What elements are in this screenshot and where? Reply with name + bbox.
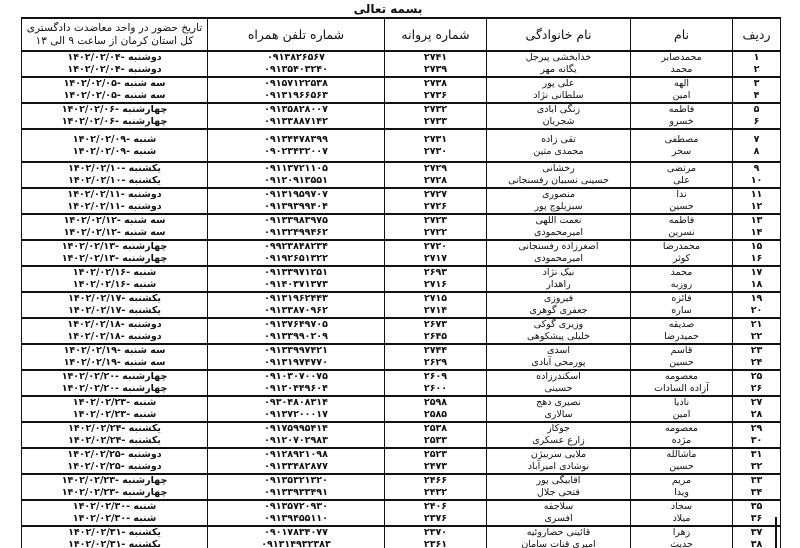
rank-text: ۳۸ (733, 539, 780, 548)
license-cell: ۲۷۲۷۲۷۲۶ (385, 188, 487, 214)
rank-cell: ۲۱۲۲ (733, 318, 781, 344)
date-cell: یکشنبه -۱۴۰۲/۰۲/۱۷یکشنبه -۱۴۰۲/۰۲/۱۷ (22, 292, 208, 318)
date-text: سه شنبه -۱۴۰۲/۰۲/۱۲ (22, 215, 207, 227)
first-name-text: محمد (631, 64, 732, 76)
page-border-line (775, 517, 777, 548)
date-cell: چهارشنبه -۱۴۰۲/۰۲/۲۳چهارشنبه -۱۴۰۲/۰۲/۲۳ (22, 474, 208, 500)
rank-text: ۳ (733, 78, 780, 90)
date-cell: یکشنبه -۱۴۰۲/۰۲/۳۱یکشنبه -۱۴۰۲/۰۲/۳۱ (22, 526, 208, 548)
phone-cell: ۰۹۱۳۴۴۷۸۳۹۹۰۹۰۲۳۴۳۲۰۰۷ (208, 129, 385, 162)
phone-text: ۰۹۰۱۷۸۳۴۰۷۷ (208, 527, 384, 539)
phone-text: ۰۹۱۱۳۷۲۱۱۰۵ (208, 163, 384, 175)
rank-cell: ۱۳۱۴ (733, 214, 781, 240)
date-cell: دوشنبه -۱۴۰۲/۰۲/۰۴دوشنبه -۱۴۰۲/۰۲/۰۴ (22, 51, 208, 77)
rank-text: ۳۵ (733, 501, 780, 513)
first-name-text: ساره (631, 305, 732, 317)
rank-cell: ۲۹۳۰ (733, 422, 781, 448)
rank-cell: ۲۳۲۴ (733, 344, 781, 370)
phone-cell: ۰۹۱۳۷۶۴۹۷۰۵۰۹۱۳۳۹۹۰۲۰۹ (208, 318, 385, 344)
first-name-cell: مریمویدا (631, 474, 733, 500)
first-name-text: معصومه (631, 371, 732, 383)
phone-cell: ۰۹۱۳۳۹۸۳۹۷۵۰۹۱۳۲۴۹۹۴۶۲ (208, 214, 385, 240)
phone-text: ۰۹۱۳۱۹۵۹۷۰۷ (208, 189, 384, 201)
phone-cell: ۰۹۹۲۳۸۴۸۲۳۴۰۹۱۹۲۶۵۱۳۲۲ (208, 240, 385, 266)
license-text: ۲۴۰۶ (385, 501, 486, 513)
license-text: ۲۷۱۶ (385, 279, 486, 291)
last-name-cell: جوکارزارع عسکری (487, 422, 631, 448)
last-name-text: محمدی متین (487, 146, 630, 158)
last-name-text: قائینی حصاروئیه (487, 527, 630, 539)
first-name-text: آزاده السادات (631, 383, 732, 395)
first-name-text: مرتضی (631, 163, 732, 175)
license-cell: ۲۷۲۳۲۷۲۲ (385, 214, 487, 240)
date-cell: یکشنبه -۱۴۰۲/۰۲/۱۰یکشنبه -۱۴۰۲/۰۲/۱۰ (22, 162, 208, 188)
rank-text: ۳۳ (733, 475, 780, 487)
phone-text: ۰۹۱۳۸۲۶۵۶۷ (208, 52, 384, 64)
first-name-text: فاطمه (631, 215, 732, 227)
rank-text: ۳۰ (733, 435, 780, 447)
license-text: ۲۷۴۴ (385, 345, 486, 357)
phone-text: ۰۹۱۳۳۸۷۰۹۶۲ (208, 305, 384, 317)
rank-text: ۶ (733, 116, 780, 128)
date-text: یکشنبه -۱۴۰۲/۰۲/۱۷ (22, 293, 207, 305)
last-name-cell: اصغرزاده رفسنجانیامیرمحمودی (487, 240, 631, 266)
phone-cell: ۰۹۱۳۵۸۲۸۰۰۷۰۹۱۳۳۸۸۷۱۴۲ (208, 103, 385, 129)
first-name-text: علی (631, 175, 732, 187)
header-last-name: نام خانوادگی (487, 18, 631, 51)
last-name-text: رخشانی (487, 163, 630, 175)
last-name-text: زنگی ابادی (487, 104, 630, 116)
first-name-text: مریم (631, 475, 732, 487)
first-name-text: فاطمه (631, 104, 732, 116)
first-name-cell: مرتضیعلی (631, 162, 733, 188)
license-text: ۲۳۷۶ (385, 513, 486, 525)
license-cell: ۲۶۰۹۲۶۰۰ (385, 370, 487, 396)
phone-text: ۰۹۱۵۷۱۲۲۵۳۸ (208, 78, 384, 90)
table-row-pair: ۱۳۱۴فاطمهنسریننعمت اللهیامیرمحمودی۲۷۲۳۲۷… (22, 214, 781, 240)
last-name-text: اسدی (487, 345, 630, 357)
last-name-text: سبزیلوچ پور (487, 201, 630, 213)
phone-text: ۰۹۱۹۲۶۵۱۳۲۲ (208, 253, 384, 265)
license-cell: ۲۷۴۱۲۷۳۹ (385, 51, 487, 77)
license-text: ۲۷۳۸ (385, 78, 486, 90)
first-name-cell: زهراحدیث (631, 526, 733, 548)
license-cell: ۲۶۹۳۲۷۱۶ (385, 266, 487, 292)
phone-cell: ۰۹۱۳۱۹۶۲۴۴۳۰۹۱۳۳۸۷۰۹۶۲ (208, 292, 385, 318)
license-text: ۲۵۹۸ (385, 397, 486, 409)
phone-text: ۰۹۱۳۵۸۲۸۰۰۷ (208, 104, 384, 116)
first-name-text: محمد (631, 267, 732, 279)
last-name-text: پورمحی آبادی (487, 357, 630, 369)
last-name-text: نصیری دهج (487, 397, 630, 409)
last-name-cell: وزیری گوکیخلیلی پیشکوهی (487, 318, 631, 344)
first-name-text: معصومه (631, 423, 732, 435)
date-text: سه شنبه -۱۴۰۲/۰۲/۰۵ (22, 90, 207, 102)
phone-text: ۰۹۱۳۷۶۴۹۷۰۵ (208, 319, 384, 331)
license-text: ۲۷۱۵ (385, 293, 486, 305)
rank-cell: ۳۱۳۲ (733, 448, 781, 474)
table-row-pair: ۱۹۲۰فائزهسارهفیروزیجعفری گوهری۲۷۱۵۲۷۱۴۰۹… (22, 292, 781, 318)
date-text: یکشنبه -۱۴۰۲/۰۲/۳۱ (22, 539, 207, 548)
rank-text: ۵ (733, 104, 780, 116)
license-text: ۲۷۲۷ (385, 189, 486, 201)
rank-cell: ۱۷۱۸ (733, 266, 781, 292)
last-name-text: اسکندرزاده (487, 371, 630, 383)
first-name-text: محمدرضا (631, 241, 732, 253)
first-name-cell: محمدروزبه (631, 266, 733, 292)
first-name-cell: الههامین (631, 77, 733, 103)
license-text: ۲۴۳۲ (385, 487, 486, 499)
license-text: ۲۴۷۳ (385, 461, 486, 473)
phone-text: ۰۹۱۳۳۹۹۰۲۰۹ (208, 331, 384, 343)
date-text: دوشنبه -۱۴۰۲/۰۲/۲۵ (22, 461, 207, 473)
phone-text: ۰۹۱۰۳۰۷۰۰۷۵ (208, 371, 384, 383)
license-text: ۲۵۸۵ (385, 409, 486, 421)
last-name-cell: علی پورسلطانی نژاد (487, 77, 631, 103)
rank-text: ۱۹ (733, 293, 780, 305)
phone-text: ۰۹۱۳۷۲۰۰۰۱۷ (208, 409, 384, 421)
date-text: سه شنبه -۱۴۰۲/۰۲/۱۹ (22, 345, 207, 357)
license-text: ۲۷۳۲ (385, 104, 486, 116)
first-name-text: قاسم (631, 345, 732, 357)
date-text: شنبه -۱۴۰۲/۰۲/۳۰ (22, 513, 207, 525)
table-row-pair: ۱۷۱۸محمدروزبهنیک نژادراهدار۲۶۹۳۲۷۱۶۰۹۱۳۳… (22, 266, 781, 292)
license-cell: ۲۷۳۱۲۷۳۰ (385, 129, 487, 162)
phone-text: ۰۹۱۳۵۳۲۱۳۲۰ (208, 475, 384, 487)
first-name-cell: ماشاللهحسین (631, 448, 733, 474)
first-name-text: ماشالله (631, 449, 732, 461)
first-name-text: میلاد (631, 513, 732, 525)
rank-text: ۲۶ (733, 383, 780, 395)
first-name-text: روزبه (631, 279, 732, 291)
rank-text: ۱۶ (733, 253, 780, 265)
rank-text: ۲۰ (733, 305, 780, 317)
last-name-text: فیروزی (487, 293, 630, 305)
phone-text: ۰۹۱۳۵۷۲۰۹۳۰ (208, 501, 384, 513)
date-text: شنبه -۱۴۰۲/۰۲/۰۹ (22, 146, 207, 158)
last-name-text: فتحی جلال (487, 487, 630, 499)
last-name-text: اصغرزاده رفسنجانی (487, 241, 630, 253)
license-text: ۲۳۶۱ (385, 539, 486, 548)
header-phone: شماره تلفن همراه (208, 18, 385, 51)
phone-text: ۰۹۳۰۴۸۰۸۳۱۴ (208, 397, 384, 409)
date-text: دوشنبه -۱۴۰۲/۰۲/۰۴ (22, 64, 207, 76)
last-name-cell: سلاجقهافسری (487, 500, 631, 526)
first-name-cell: مصطفیسحر (631, 129, 733, 162)
page-title: بسمه تعالی (0, 2, 776, 16)
table-row-pair: ۹۱۰مرتضیعلیرخشانیحسینی نسبیان رفسنجانی۲۷… (22, 162, 781, 188)
date-text: چهارشنبه -۱۴۰۲/۰۲/۰۶ (22, 116, 207, 128)
phone-cell: ۰۹۱۷۵۹۹۵۴۱۴۰۹۱۲۰۷۰۲۹۸۳ (208, 422, 385, 448)
last-name-text: امیری قنات سامان (487, 539, 630, 548)
license-text: ۲۷۲۰ (385, 241, 486, 253)
date-cell: سه شنبه -۱۴۰۲/۰۲/۰۵سه شنبه -۱۴۰۲/۰۲/۰۵ (22, 77, 208, 103)
table-row-pair: ۲۷۲۸نادیاامیننصیری دهجسالاری۲۵۹۸۲۵۸۵۰۹۳۰… (22, 396, 781, 422)
date-cell: چهارشنبه -۱۴۰۲/۰۲/۱۳چهارشنبه -۱۴۰۲/۰۲/۱۳ (22, 240, 208, 266)
phone-text: ۰۹۱۳۱۹۷۴۷۷۰ (208, 357, 384, 369)
rank-text: ۱ (733, 52, 780, 64)
last-name-cell: نیک نژادراهدار (487, 266, 631, 292)
date-text: یکشنبه -۱۴۰۲/۰۲/۱۰ (22, 175, 207, 187)
rank-text: ۸ (733, 146, 780, 158)
date-text: شنبه -۱۴۰۲/۰۲/۲۳ (22, 397, 207, 409)
phone-text: ۰۹۱۳۹۳۹۹۴۰۴ (208, 201, 384, 213)
license-text: ۲۶۴۵ (385, 331, 486, 343)
rank-text: ۳۶ (733, 513, 780, 525)
phone-text: ۰۹۱۳۲۴۹۹۴۶۲ (208, 227, 384, 239)
last-name-cell: نصیری دهجسالاری (487, 396, 631, 422)
phone-cell: ۰۹۱۳۸۲۶۵۶۷۰۹۱۳۵۴۰۳۲۴۰ (208, 51, 385, 77)
last-name-text: حسینی (487, 383, 630, 395)
license-cell: ۲۵۳۸۲۵۳۳ (385, 422, 487, 448)
phone-text: ۰۹۱۲۰۹۱۳۵۵۱ (208, 175, 384, 187)
license-text: ۲۷۳۳ (385, 116, 486, 128)
last-name-text: خدابخشی پیرجل (487, 52, 630, 64)
date-text: سه شنبه -۱۴۰۲/۰۲/۰۵ (22, 78, 207, 90)
license-text: ۲۶۰۰ (385, 383, 486, 395)
rank-text: ۱۳ (733, 215, 780, 227)
license-text: ۲۵۲۳ (385, 449, 486, 461)
rank-text: ۲۴ (733, 357, 780, 369)
first-name-cell: نادیاامین (631, 396, 733, 422)
license-cell: ۲۷۱۵۲۷۱۴ (385, 292, 487, 318)
last-name-text: امیرمحمودی (487, 227, 630, 239)
rank-text: ۲۹ (733, 423, 780, 435)
first-name-text: سحر (631, 146, 732, 158)
header-date: تاریخ حضور در واحد معاضدت دادگستری کل اس… (22, 18, 208, 51)
first-name-text: مصطفی (631, 134, 732, 146)
date-text: چهارشنبه -۱۴۰۲/۰۲/۱۳ (22, 253, 207, 265)
license-text: ۲۷۴۱ (385, 52, 486, 64)
rank-cell: ۱۹۲۰ (733, 292, 781, 318)
rank-cell: ۲۷۲۸ (733, 396, 781, 422)
rank-cell: ۱۱۱۲ (733, 188, 781, 214)
last-name-text: نوشادی امیرآباد (487, 461, 630, 473)
phone-text: ۰۹۱۷۵۹۹۵۴۱۴ (208, 423, 384, 435)
rank-cell: ۲۵۲۶ (733, 370, 781, 396)
last-name-text: راهدار (487, 279, 630, 291)
first-name-cell: فاطمهنسرین (631, 214, 733, 240)
first-name-text: نسرین (631, 227, 732, 239)
rank-text: ۴ (733, 90, 780, 102)
last-name-cell: نعمت اللهیامیرمحمودی (487, 214, 631, 240)
license-text: ۲۷۳۰ (385, 146, 486, 158)
phone-cell: ۰۹۱۵۷۱۲۲۵۳۸۰۹۱۳۱۹۶۶۵۶۳ (208, 77, 385, 103)
table-row-pair: ۲۵۲۶معصومهآزاده الساداتاسکندرزادهحسینی۲۶… (22, 370, 781, 396)
date-cell: یکشنبه -۱۴۰۲/۰۲/۲۴یکشنبه -۱۴۰۲/۰۲/۲۴ (22, 422, 208, 448)
table-row-pair: ۲۱۲۲صدیقهحمیدرضاوزیری گوکیخلیلی پیشکوهی۲… (22, 318, 781, 344)
date-text: شنبه -۱۴۰۲/۰۲/۳۰ (22, 501, 207, 513)
first-name-cell: نداحسین (631, 188, 733, 214)
phone-cell: ۰۹۱۳۵۳۲۱۳۲۰۰۹۱۳۳۹۳۳۴۹۱ (208, 474, 385, 500)
last-name-text: زارع عسکری (487, 435, 630, 447)
date-cell: چهارشنبه -۱۴۰۲/۰۲/۰۶چهارشنبه -۱۴۰۲/۰۲/۰۶ (22, 103, 208, 129)
license-cell: ۲۴۰۶۲۳۷۶ (385, 500, 487, 526)
phone-cell: ۰۹۱۲۸۹۲۱۰۹۸۰۹۱۳۳۴۸۲۸۷۷ (208, 448, 385, 474)
rank-text: ۱۵ (733, 241, 780, 253)
rank-text: ۲۷ (733, 397, 780, 409)
rank-text: ۲۱ (733, 319, 780, 331)
license-cell: ۲۷۲۰۲۷۱۷ (385, 240, 487, 266)
first-name-text: حسین (631, 201, 732, 213)
phone-text: ۰۹۱۳۱۹۶۶۵۶۳ (208, 90, 384, 102)
header-license: شماره پروانه (385, 18, 487, 51)
license-cell: ۲۴۶۶۲۴۳۲ (385, 474, 487, 500)
rank-text: ۲۳ (733, 345, 780, 357)
license-text: ۲۷۲۲ (385, 227, 486, 239)
phone-cell: ۰۹۱۱۳۷۲۱۱۰۵۰۹۱۲۰۹۱۳۵۵۱ (208, 162, 385, 188)
first-name-text: ویدا (631, 487, 732, 499)
rank-cell: ۳۴ (733, 77, 781, 103)
first-name-cell: فاطمهخسرو (631, 103, 733, 129)
first-name-text: امین (631, 409, 732, 421)
table-row-pair: ۱۲محمدصابرمحمدخدابخشی پیرجلیگانه مهر۲۷۴۱… (22, 51, 781, 77)
rank-text: ۲۲ (733, 331, 780, 343)
license-text: ۲۵۳۳ (385, 435, 486, 447)
first-name-text: صدیقه (631, 319, 732, 331)
license-text: ۲۴۶۶ (385, 475, 486, 487)
date-cell: دوشنبه -۱۴۰۲/۰۲/۱۱دوشنبه -۱۴۰۲/۰۲/۱۱ (22, 188, 208, 214)
phone-cell: ۰۹۱۳۳۹۹۷۴۲۱۰۹۱۳۱۹۷۴۷۷۰ (208, 344, 385, 370)
last-name-cell: زنگی ابادیشجریان (487, 103, 631, 129)
first-name-text: الهه (631, 78, 732, 90)
rank-cell: ۳۷۳۸ (733, 526, 781, 548)
last-name-text: خلیلی پیشکوهی (487, 331, 630, 343)
phone-text: ۰۹۱۳۳۹۳۳۴۹۱ (208, 487, 384, 499)
date-text: دوشنبه -۱۴۰۲/۰۲/۰۴ (22, 52, 207, 64)
phone-text: ۰۹۰۲۳۴۳۲۰۰۷ (208, 146, 384, 158)
date-cell: چهارشنبه -۱۴۰۲/۰۲/۲۰چهارشنبه -۱۴۰۲/۰۲/۲۰ (22, 370, 208, 396)
date-cell: دوشنبه -۱۴۰۲/۰۲/۱۸دوشنبه -۱۴۰۲/۰۲/۱۸ (22, 318, 208, 344)
rank-text: ۳۲ (733, 461, 780, 473)
date-text: دوشنبه -۱۴۰۲/۰۲/۱۸ (22, 319, 207, 331)
table-row-pair: ۱۱۱۲نداحسینمنصوریسبزیلوچ پور۲۷۲۷۲۷۲۶۰۹۱۳… (22, 188, 781, 214)
license-cell: ۲۷۳۸۲۷۳۶ (385, 77, 487, 103)
last-name-cell: منصوریسبزیلوچ پور (487, 188, 631, 214)
last-name-cell: فیروزیجعفری گوهری (487, 292, 631, 318)
first-name-text: نادیا (631, 397, 732, 409)
first-name-cell: محمدرضاکوثر (631, 240, 733, 266)
last-name-text: منصوری (487, 189, 630, 201)
last-name-text: ملایی سربیژن (487, 449, 630, 461)
first-name-text: ندا (631, 189, 732, 201)
table-row-pair: ۳۵۳۶سجادمیلادسلاجقهافسری۲۴۰۶۲۳۷۶۰۹۱۳۵۷۲۰… (22, 500, 781, 526)
rank-text: ۱۲ (733, 201, 780, 213)
first-name-cell: فائزهساره (631, 292, 733, 318)
rank-cell: ۳۵۳۶ (733, 500, 781, 526)
last-name-text: نیک نژاد (487, 267, 630, 279)
rank-text: ۷ (733, 134, 780, 146)
first-name-cell: معصومهمژده (631, 422, 733, 448)
phone-text: ۰۹۱۳۳۸۸۷۱۴۲ (208, 116, 384, 128)
date-text: سه شنبه -۱۴۰۲/۰۲/۱۲ (22, 227, 207, 239)
first-name-text: حدیث (631, 539, 732, 548)
last-name-text: تقی زاده (487, 134, 630, 146)
phone-cell: ۰۹۳۰۴۸۰۸۳۱۴۰۹۱۳۷۲۰۰۰۱۷ (208, 396, 385, 422)
last-name-text: افسری (487, 513, 630, 525)
rank-cell: ۳۳۳۴ (733, 474, 781, 500)
last-name-text: یگانه مهر (487, 64, 630, 76)
date-cell: سه شنبه -۱۴۰۲/۰۲/۱۹سه شنبه -۱۴۰۲/۰۲/۱۹ (22, 344, 208, 370)
first-name-text: فائزه (631, 293, 732, 305)
table-body: ۱۲محمدصابرمحمدخدابخشی پیرجلیگانه مهر۲۷۴۱… (22, 51, 781, 548)
date-cell: شنبه -۱۴۰۲/۰۲/۱۶شنبه -۱۴۰۲/۰۲/۱۶ (22, 266, 208, 292)
last-name-text: حسینی نسبیان رفسنجانی (487, 175, 630, 187)
rank-text: ۲ (733, 64, 780, 76)
first-name-cell: سجادمیلاد (631, 500, 733, 526)
first-name-text: حسین (631, 357, 732, 369)
date-cell: دوشنبه -۱۴۰۲/۰۲/۲۵دوشنبه -۱۴۰۲/۰۲/۲۵ (22, 448, 208, 474)
phone-text: ۰۹۱۳۹۴۵۵۱۱۰ (208, 513, 384, 525)
first-name-text: زهرا (631, 527, 732, 539)
license-cell: ۲۷۲۹۲۷۲۸ (385, 162, 487, 188)
phone-text: ۰۹۱۳۱۹۶۲۴۴۳ (208, 293, 384, 305)
last-name-text: سالاری (487, 409, 630, 421)
date-cell: شنبه -۱۴۰۲/۰۲/۳۰شنبه -۱۴۰۲/۰۲/۳۰ (22, 500, 208, 526)
table-row-pair: ۲۹۳۰معصومهمژدهجوکارزارع عسکری۲۵۳۸۲۵۳۳۰۹۱… (22, 422, 781, 448)
rank-text: ۱۱ (733, 189, 780, 201)
date-text: چهارشنبه -۱۴۰۲/۰۲/۲۳ (22, 475, 207, 487)
date-text: دوشنبه -۱۴۰۲/۰۲/۱۸ (22, 331, 207, 343)
phone-text: ۰۹۱۲۸۹۲۱۰۹۸ (208, 449, 384, 461)
date-text: یکشنبه -۱۴۰۲/۰۲/۱۰ (22, 163, 207, 175)
phone-text: ۰۹۱۲۰۴۴۹۶۰۴ (208, 383, 384, 395)
date-text: چهارشنبه -۱۴۰۲/۰۲/۰۶ (22, 104, 207, 116)
date-text: یکشنبه -۱۴۰۲/۰۲/۱۷ (22, 305, 207, 317)
first-name-text: مژده (631, 435, 732, 447)
phone-cell: ۰۹۱۳۳۹۷۱۲۵۱۰۹۱۴۰۳۷۱۳۷۳ (208, 266, 385, 292)
first-name-text: محمدصابر (631, 52, 732, 64)
date-cell: شنبه -۱۴۰۲/۰۲/۲۳شنبه -۱۴۰۲/۰۲/۲۳ (22, 396, 208, 422)
rank-text: ۳۱ (733, 449, 780, 461)
license-text: ۲۶۲۹ (385, 357, 486, 369)
license-cell: ۲۷۳۲۲۷۳۳ (385, 103, 487, 129)
last-name-text: سلاجقه (487, 501, 630, 513)
rank-text: ۱۸ (733, 279, 780, 291)
rank-text: ۱۴ (733, 227, 780, 239)
license-text: ۲۶۰۹ (385, 371, 486, 383)
rank-cell: ۱۲ (733, 51, 781, 77)
last-name-cell: قائینی حصاروئیهامیری قنات سامان (487, 526, 631, 548)
first-name-text: امین (631, 90, 732, 102)
date-text: یکشنبه -۱۴۰۲/۰۲/۲۴ (22, 435, 207, 447)
last-name-cell: اسدیپورمحی آبادی (487, 344, 631, 370)
phone-text: ۰۹۱۳۱۴۹۳۲۳۸۳ (208, 539, 384, 548)
last-name-cell: اقابیگی پورفتحی جلال (487, 474, 631, 500)
first-name-text: خسرو (631, 116, 732, 128)
last-name-text: وزیری گوکی (487, 319, 630, 331)
rank-cell: ۵۶ (733, 103, 781, 129)
phone-cell: ۰۹۱۳۵۷۲۰۹۳۰۰۹۱۳۹۴۵۵۱۱۰ (208, 500, 385, 526)
date-text: چهارشنبه -۱۴۰۲/۰۲/۲۰ (22, 371, 207, 383)
rank-text: ۳۷ (733, 527, 780, 539)
last-name-text: اقابیگی پور (487, 475, 630, 487)
date-text: شنبه -۱۴۰۲/۰۲/۱۶ (22, 279, 207, 291)
last-name-text: شجریان (487, 116, 630, 128)
rank-cell: ۱۵۱۶ (733, 240, 781, 266)
phone-text: ۰۹۱۴۰۳۷۱۳۷۳ (208, 279, 384, 291)
last-name-cell: خدابخشی پیرجلیگانه مهر (487, 51, 631, 77)
table-row-pair: ۲۳۲۴قاسمحسیناسدیپورمحی آبادی۲۷۴۴۲۶۲۹۰۹۱۳… (22, 344, 781, 370)
phone-cell: ۰۹۰۱۷۸۳۴۰۷۷۰۹۱۳۱۴۹۳۲۳۸۳ (208, 526, 385, 548)
header-rank: ردیف (733, 18, 781, 51)
last-name-text: سلطانی نژاد (487, 90, 630, 102)
phone-text: ۰۹۱۳۵۴۰۳۲۴۰ (208, 64, 384, 76)
last-name-cell: اسکندرزادهحسینی (487, 370, 631, 396)
date-text: شنبه -۱۴۰۲/۰۲/۱۶ (22, 267, 207, 279)
date-text: چهارشنبه -۱۴۰۲/۰۲/۲۳ (22, 487, 207, 499)
date-text: چهارشنبه -۱۴۰۲/۰۲/۱۳ (22, 241, 207, 253)
